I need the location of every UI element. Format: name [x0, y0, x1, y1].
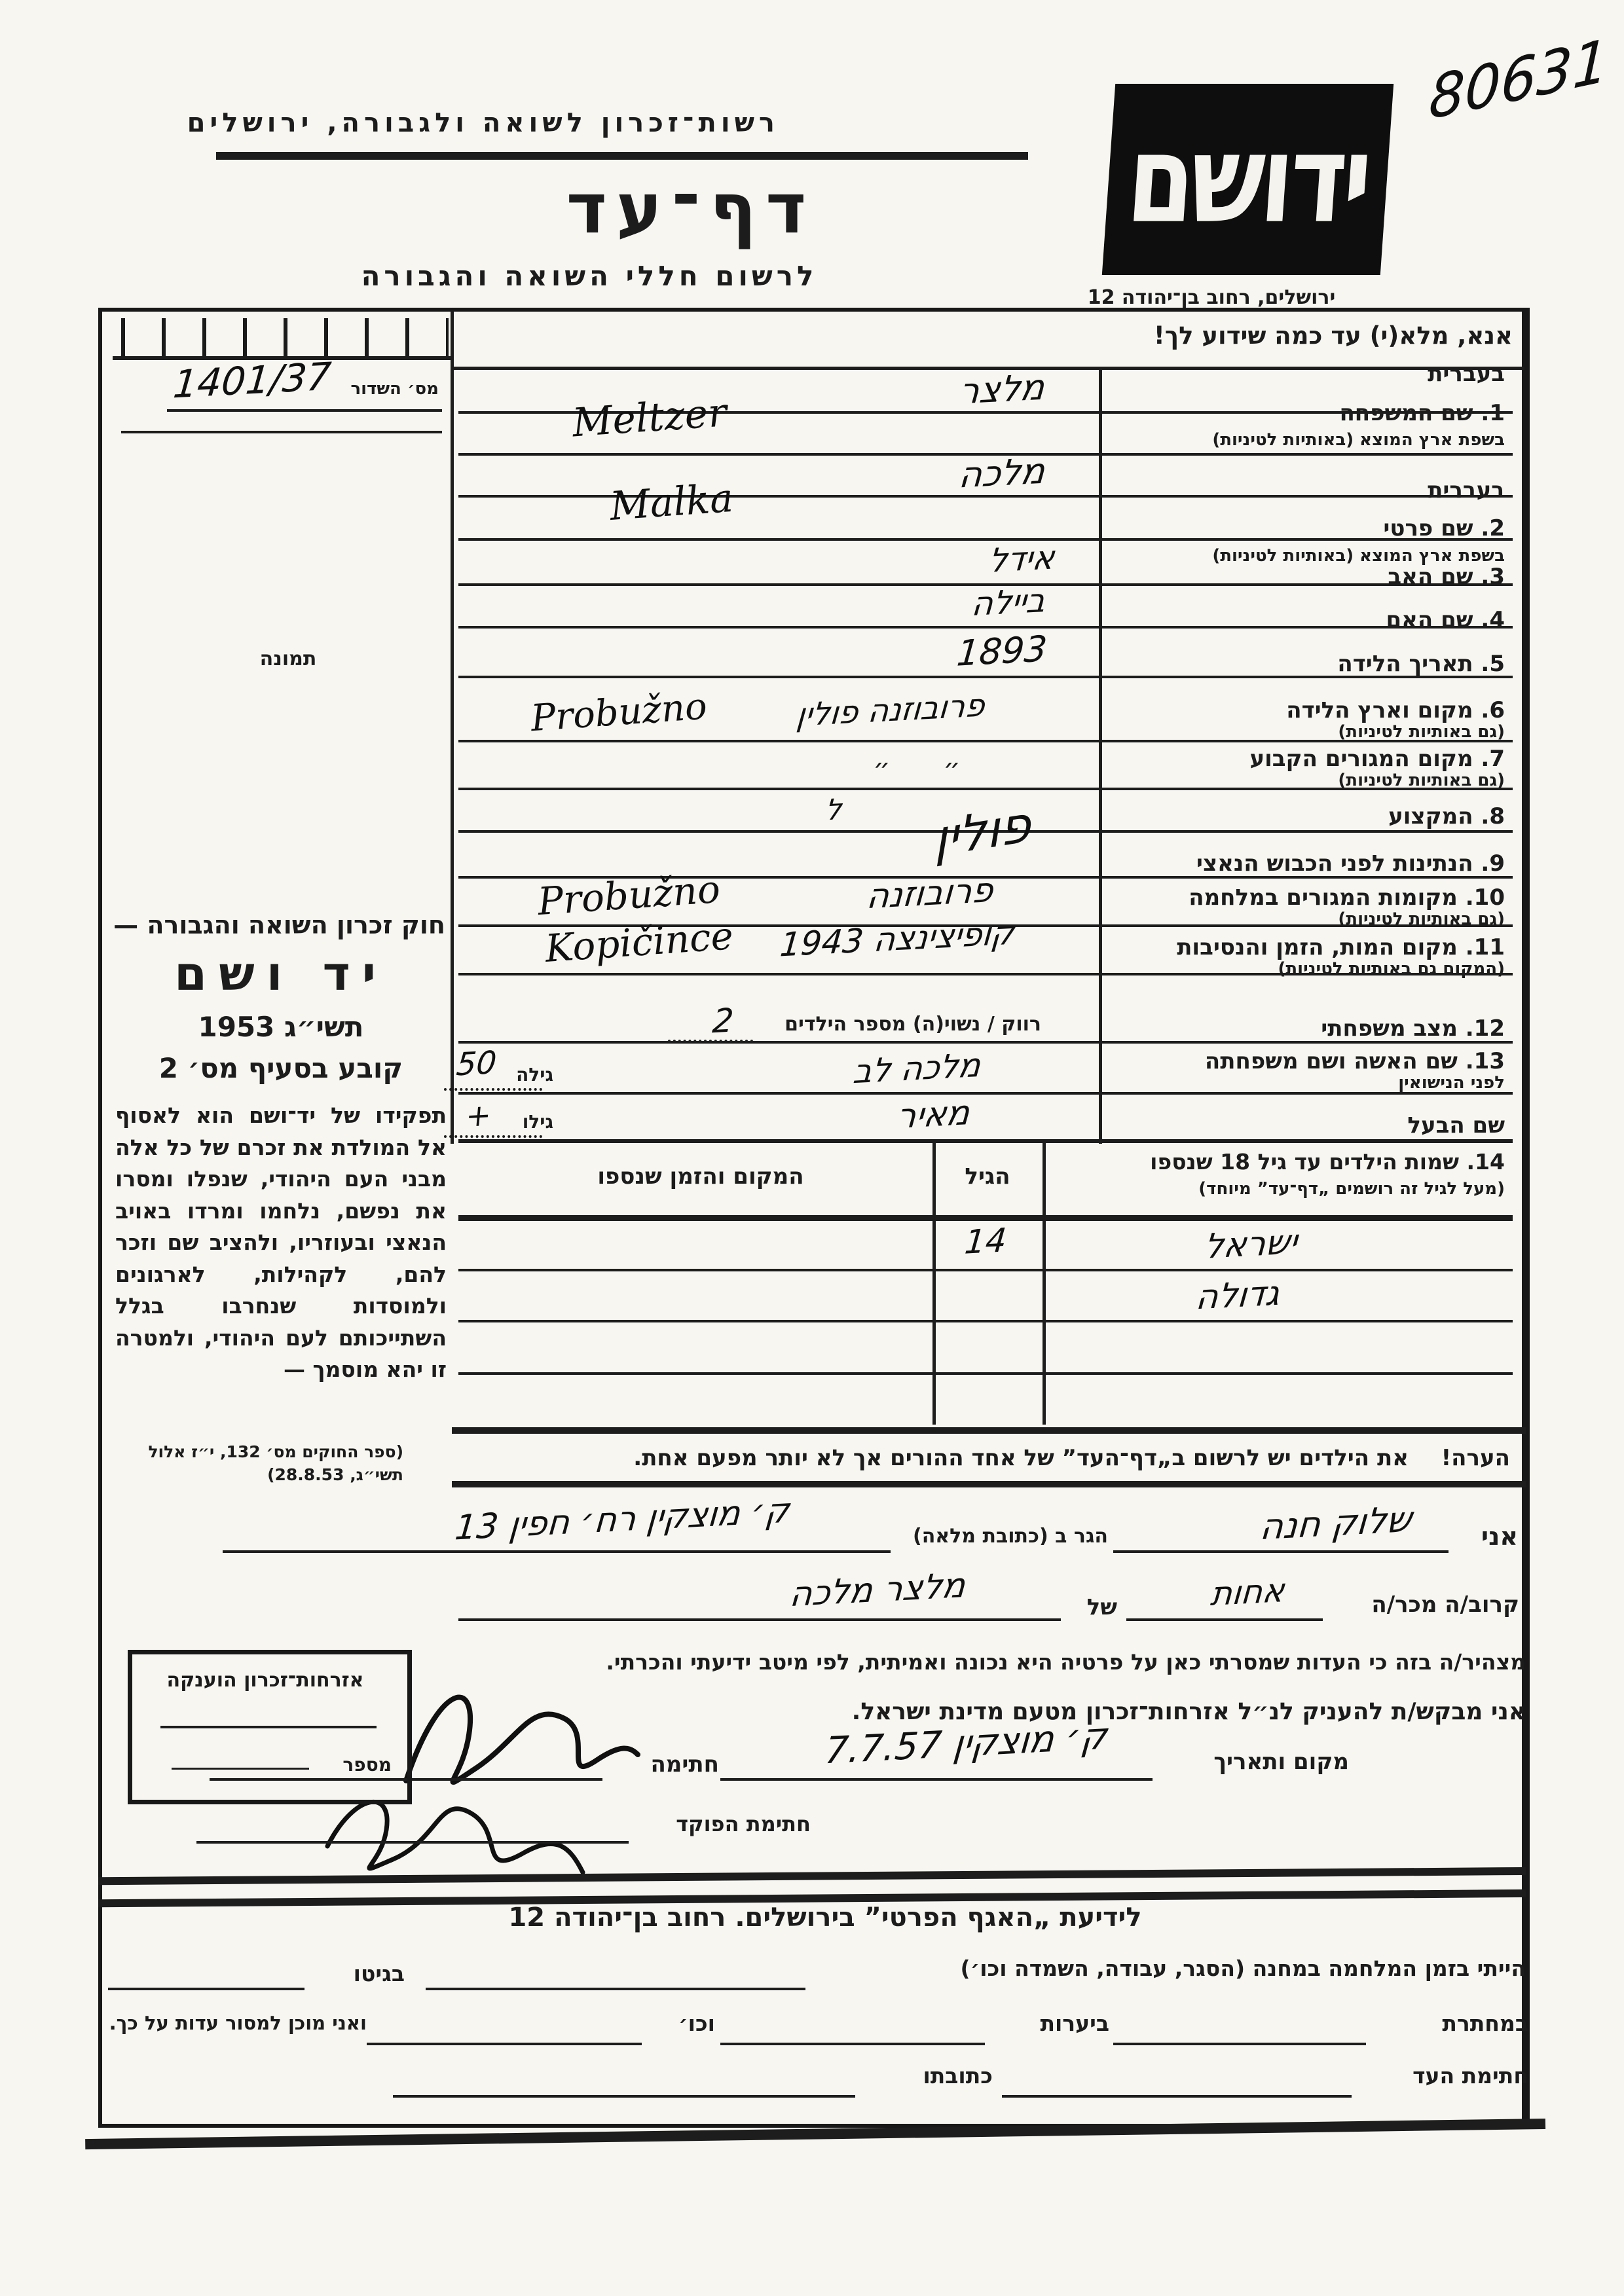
- bottom-forests-line: [720, 2043, 985, 2045]
- law-body-text: תפקידו של יד־ושם הוא לאסוף אל המולדת את …: [115, 1100, 447, 1386]
- decl-i-label: אני: [1459, 1523, 1518, 1552]
- label-f14-sub: (מעל לגיל זה רושמים „דף־עד” מיוחד): [1112, 1180, 1505, 1199]
- decl-name-line: [1113, 1550, 1449, 1553]
- line-f2-lat: [458, 538, 1513, 541]
- label-f9: 9. הנתינות לפני הכבוש הנאצי: [1112, 851, 1505, 877]
- label-f13-sub: לפני הנישואין: [1112, 1074, 1505, 1093]
- husband-age-line: [444, 1135, 542, 1138]
- warning-head: הערה!: [1441, 1445, 1510, 1471]
- official-signature-line: [196, 1841, 629, 1844]
- bottom-ghetto-line: [108, 1988, 304, 1990]
- children-col-age: הגיל: [932, 1164, 1043, 1190]
- decl-address-line: [223, 1550, 891, 1553]
- decl-place-date-label: מקום ותאריך: [1159, 1749, 1349, 1775]
- wife-age-label: גילה: [488, 1065, 553, 1085]
- registration-comb-marks: [121, 318, 449, 356]
- decl-relation-handwritten: אחות: [1171, 1570, 1325, 1616]
- warning-rule-bottom: [452, 1481, 1526, 1487]
- warning-line: הערה! את הילדים יש לרשום ב„דף־העד” של אח…: [478, 1446, 1510, 1471]
- label-f11: 11. מקום המות, הזמן והנסיבות: [1112, 935, 1505, 960]
- marital-inline-label: רווק / נשוי(ה) מספר הילדים: [733, 1013, 1041, 1036]
- bottom-q1: הייתי בזמן המלחמה במחנה (הסגר, עבודה, הש…: [812, 1956, 1526, 1981]
- children-row-line-2: [458, 1320, 1513, 1322]
- grantbox-number-line: [172, 1768, 309, 1770]
- bottom-offer-text: ואני מוכן למסור עדות על כך.: [105, 2013, 367, 2034]
- label-f5: 5. תאריך הלידה: [1112, 651, 1505, 677]
- decl-of-label: של: [1071, 1595, 1117, 1620]
- line-f7: [458, 788, 1513, 790]
- law-title-section: קובע בסעיף מס׳ 2: [117, 1053, 445, 1084]
- label-husband: שם הבעל: [1112, 1113, 1505, 1139]
- line-f11: [458, 973, 1513, 975]
- line-f12: [458, 1041, 1513, 1044]
- regbox-line-2: [121, 431, 442, 433]
- children-col-place: המקום והזמן שנספו: [537, 1164, 864, 1190]
- law-title-1: חוק זכרון השואה והגבורה —: [117, 911, 445, 940]
- authority-line: רשות־זכרון לשואה ולגבורה, ירושלים: [216, 108, 779, 138]
- decl-place-date-line: [720, 1778, 1153, 1781]
- law-source-note: (ספר החוקים מס׳ 132, י״ז אלול תשי״ג, 28.…: [115, 1440, 403, 1486]
- page-subtitle: לרשום חללי השואה והגבורה: [354, 261, 825, 292]
- warning-body: את הילדים יש לרשום ב„דף־העד” של אחד ההור…: [633, 1445, 1409, 1471]
- label-column-divider: [1099, 369, 1102, 1144]
- official-signature-label: חתימת הפוקד: [627, 1812, 811, 1836]
- file-number-handwritten: 1401/37: [168, 354, 336, 407]
- law-title-year: תשי״ג 1953: [117, 1011, 445, 1043]
- bottom-q1-line: [426, 1988, 805, 1990]
- label-f1-sub: בשפת ארץ המוצא (באותיות לטיניות): [1112, 431, 1505, 450]
- decl-live-label: הגר ב (כתובת מלאה): [898, 1525, 1108, 1548]
- photo-column-divider: [451, 310, 454, 1144]
- label-hebrew-1: בעברית: [1112, 361, 1505, 387]
- line-f4: [458, 626, 1513, 629]
- line-f5: [458, 676, 1513, 678]
- logo-text: ידושם: [1123, 110, 1373, 249]
- label-f11-sub: (המקום גם באותיות לטיניות): [1112, 960, 1505, 979]
- bottom-witness-sig-line: [1002, 2095, 1352, 2098]
- grantbox-title: אזרחות־זכרון הוענקה: [134, 1669, 396, 1692]
- value-profession-mark: ל: [794, 793, 843, 829]
- label-f3: 3. שם האב: [1112, 564, 1505, 590]
- husband-age-label: גילו: [488, 1112, 553, 1133]
- label-f8: 8. המקצוע: [1112, 804, 1505, 829]
- bottom-underground-label: במחתרת: [1371, 2011, 1528, 2036]
- label-f12: 12. מצב משפחתי: [1112, 1016, 1505, 1042]
- label-f4: 4. שם האם: [1112, 608, 1505, 633]
- value-wife-age: 50: [449, 1045, 498, 1084]
- decl-victim-line: [458, 1618, 1061, 1621]
- grantbox-line: [160, 1726, 377, 1728]
- children-row-line-3: [458, 1372, 1513, 1375]
- bottom-forests-label: ביערות: [991, 2011, 1109, 2036]
- bottom-etc-line: [367, 2043, 642, 2045]
- child-age-1: 14: [942, 1220, 1030, 1263]
- bottom-address-label: כתובתו: [862, 2064, 993, 2088]
- wife-age-line: [444, 1088, 542, 1091]
- header-rule: [216, 152, 1028, 160]
- fill-instruction: אנא, מלא(י) עד כמה שידוע לך!: [982, 322, 1513, 350]
- value-children-count: 2: [693, 1002, 735, 1042]
- label-f13: 13. שם האשה ושם משפחתה: [1112, 1049, 1505, 1074]
- law-title-yad-vashem: יד ושם: [117, 947, 445, 1001]
- grantbox-number-label: מספר: [320, 1755, 392, 1776]
- yad-vashem-logo: ידושם: [1102, 84, 1393, 275]
- children-col-divider-2: [1043, 1142, 1046, 1425]
- label-f10: 10. מקומות המגורים במלחמה: [1112, 885, 1505, 911]
- line-f6: [458, 740, 1513, 742]
- bottom-etc-label: וכו׳: [647, 2011, 715, 2036]
- value-residence-ditto: ״ ״: [812, 753, 1022, 784]
- bottom-address-line: [393, 2095, 855, 2098]
- file-number-label: מס׳ השדור: [334, 380, 439, 399]
- label-hebrew-2: בעברית: [1112, 478, 1505, 503]
- label-f6: 6. מקום וארץ הלידה: [1112, 698, 1505, 723]
- label-f14: 14. שמות הילדים עד גיל 18 שנספו: [1112, 1150, 1505, 1175]
- bottom-section-title: לידיעת „האגף הפרטי” בירושלים. רחוב בן־יה…: [458, 1903, 1192, 1933]
- warning-rule-top: [452, 1427, 1526, 1434]
- regbox-line-1: [167, 409, 442, 412]
- decl-relation-label: קרוב/ה מכר/ה: [1329, 1592, 1519, 1618]
- bottom-ghetto-label: בגיטו: [313, 1961, 405, 1986]
- value-birth-date: 1893: [928, 627, 1075, 676]
- line-husband: [458, 1139, 1513, 1143]
- value-husband-age: +: [457, 1098, 493, 1135]
- decl-relation-line: [1126, 1618, 1323, 1621]
- bottom-witness-sig-label: חתימת העד: [1358, 2064, 1528, 2088]
- logo-address: ירושלים, רחוב בן־יהודה 12: [1035, 287, 1388, 310]
- bottom-underground-line: [1113, 2043, 1366, 2045]
- page-title: דף־עד: [550, 169, 832, 249]
- scanned-testimony-page: רשות־זכרון לשואה ולגבורה, ירושלים דף־עד …: [0, 0, 1624, 2296]
- value-father-name: אידל: [948, 537, 1096, 582]
- label-f7: 7. מקום המגורים הקבוע: [1112, 746, 1505, 772]
- scan-number-handwritten: 80631: [1383, 26, 1610, 142]
- photo-placeholder-label: תמונה: [229, 648, 347, 671]
